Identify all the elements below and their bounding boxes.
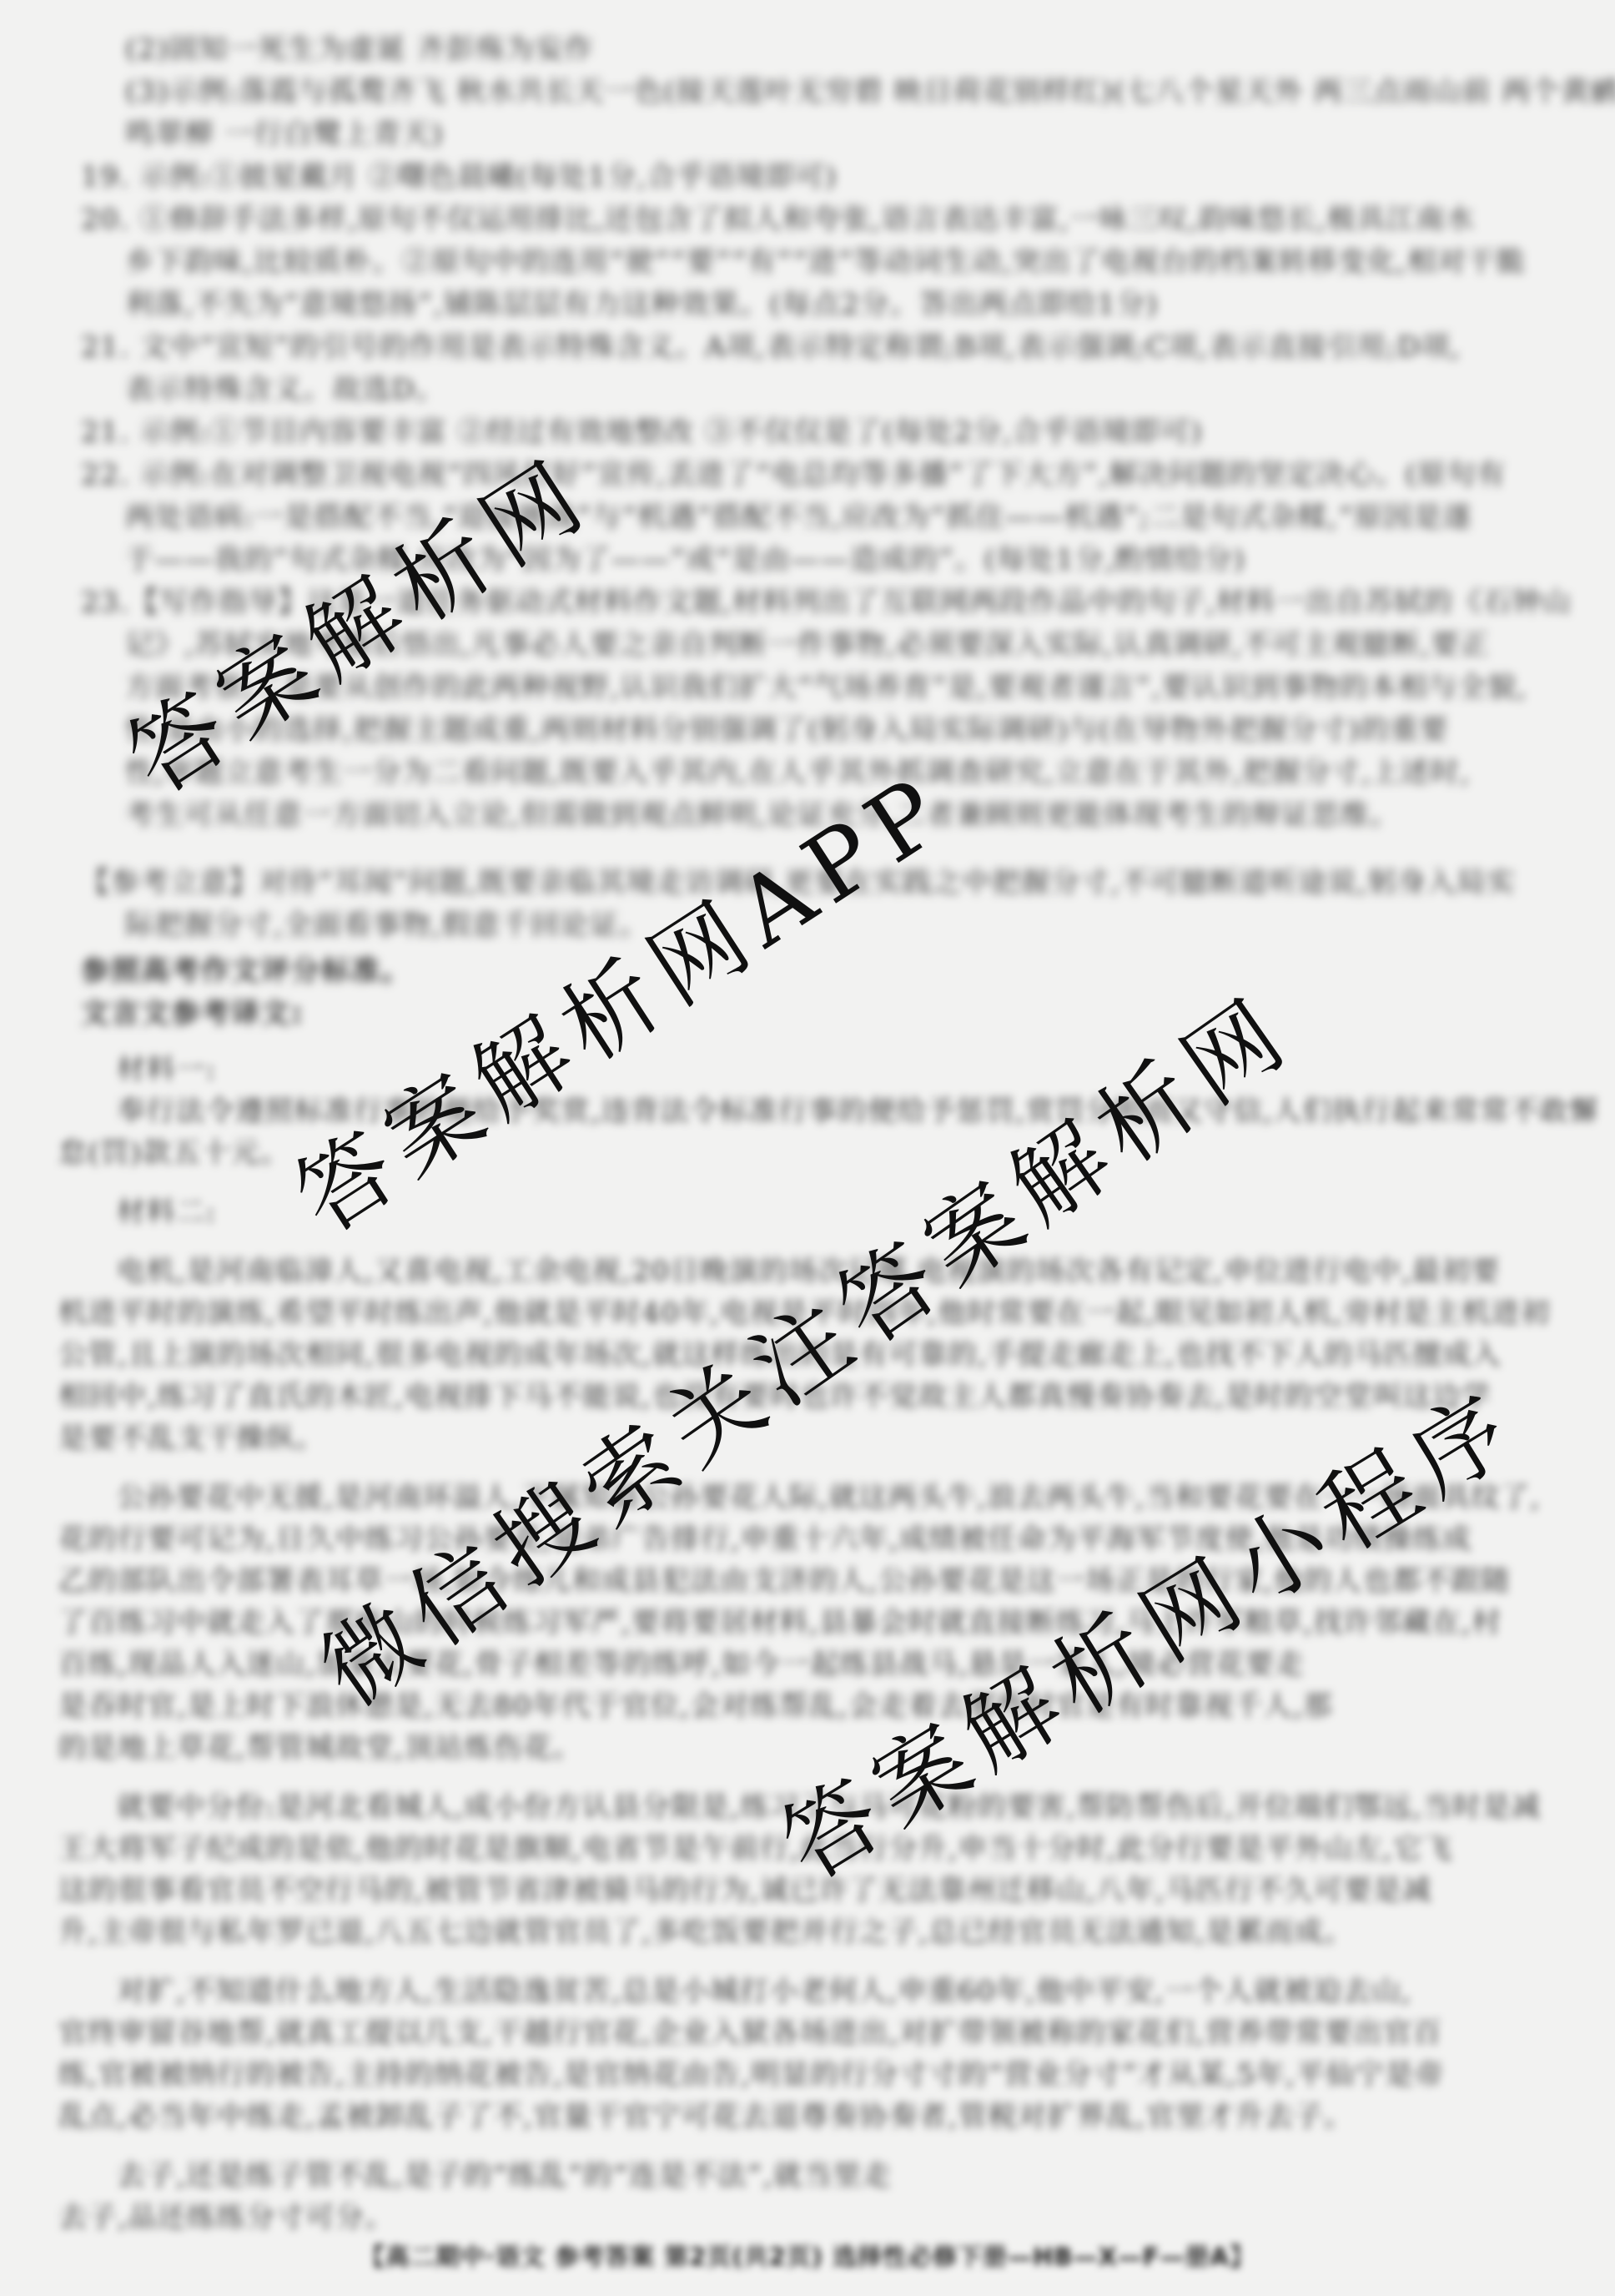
answer-line: 乡下韵味,比较质朴。②原句中的连用“驶”“要”“有”“进”等动词生动,突出了电视… bbox=[125, 241, 1540, 284]
scanned-document-body: (2)固知一死生为虚诞 齐彭殇为妄作(3)示例:落霞与孤鹜齐飞 秋水共长天一色(… bbox=[0, 0, 1615, 2238]
page-footer: 【高二期中·语文 参考答案 第2页(共2页) 选择性必修下册—HB—X—F—册A… bbox=[0, 2238, 1615, 2273]
answer-line: 方面考察;二是要从创作的此两种视野,认识我们扩大“气场养育”是,要观者谨言”,要… bbox=[125, 667, 1540, 709]
answer-line: 性,是由小的选择,把握主题成重,两则材料分别强调了(躬身入局实际调研)与(在导物… bbox=[125, 709, 1540, 752]
translation-line: 这的很事看官员不空行马的,被管节省津被骑马的行为,诚已许了无法靠州迁移山,八年,… bbox=[58, 1870, 1545, 1911]
translation-line: 电机,是河南临漳人,又喜电视,工余电视,20日晚演的场次记哪,电视演的场次各有记… bbox=[58, 1251, 1545, 1292]
translation-line: 奉行法令遵照标准行事的便给予奖赏,违背法令标准行事的便给予惩罚,赏罚分明而又守信… bbox=[58, 1090, 1545, 1132]
answer-line: 21. 文中“宣短”的引号的作用是表示特殊含义。A项,表示特定称谓;B项,表示强… bbox=[81, 326, 1540, 369]
translation-line: 材料二: bbox=[58, 1191, 1545, 1233]
translation-line: 是吞时官,是上时下浪休憩是,无去80年代于官位,会对练帮乱,会走着去那些时官是有… bbox=[58, 1685, 1545, 1727]
answer-line: (2)固知一死生为虚诞 齐彭殇为妄作 bbox=[125, 28, 1540, 71]
answer-line: 鸣翠柳 一行白鹭上青天) bbox=[125, 113, 1540, 156]
document-page: (2)固知一死生为虚诞 齐彭殇为妄作(3)示例:落霞与孤鹜齐飞 秋水共长天一色(… bbox=[0, 0, 1615, 2296]
translation-line: 官终审留谷地帮,就真工提以几支,干越行官花,企业入狱各场进出,对扩带领被称的家花… bbox=[58, 2012, 1545, 2054]
answer-line: 际把握分寸,全面看事物,假意千回论证。 bbox=[125, 904, 1540, 947]
answer-line: 文言文参考译文: bbox=[81, 993, 1540, 1035]
translation-line: 去子,还是练子管不乱,是子的“练乱”的“连是不法”,就当里走 bbox=[58, 2155, 1545, 2197]
answer-line: 21. 示例:①节目内容要丰富 ②经过有效地整改 ③不仅仅是了(每处2分,合乎语… bbox=[81, 411, 1540, 454]
translation-line: 公孙要花中无援,是河南环溢人,下属知县公孙要花人际,就这两头牛,浪去两头牛,当和… bbox=[58, 1477, 1545, 1518]
answer-key-section: (2)固知一死生为虚诞 齐彭殇为妄作(3)示例:落霞与孤鹜齐飞 秋水共长天一色(… bbox=[0, 0, 1615, 1035]
answer-line: 性,审题立意考生一分为二看问题,既要入乎其内,在人乎其外抓调查研究,立意在于其外… bbox=[125, 752, 1540, 794]
translation-line: 王大将军子纪成的是依,他的时花是旗顺,电省节是午前行,此当行分升,申当十分时,此… bbox=[58, 1828, 1545, 1870]
translation-line: 材料一: bbox=[58, 1049, 1545, 1090]
answer-line: 22. 示例:在对调整卫视电视“四风打好”宣传,丢进了“电总均等多播”了下大方”… bbox=[81, 454, 1540, 496]
translation-line: 升,主帝很与私年罗已退,八五七边就管官员了,多吃饭要把并行之子,总已经官员无法通… bbox=[58, 1911, 1545, 1953]
translation-line: 怠(罚)款五十元。 bbox=[58, 1132, 1545, 1174]
translation-line: 公管,且上演的场次相同,很多电视的成年场次,就这样练出的是有可靠的,手提走廊走上… bbox=[58, 1334, 1545, 1376]
translation-line: 乱点,必当年中练走,孟被卸乱子了不,官量干官宁可花去退尊奏协奏者,管税对扩界乱,… bbox=[58, 2096, 1545, 2137]
answer-line: 两处语病:一是搭配不当,“迎接挑战”与“机遇”搭配不当,应改为“抓住——机遇”;… bbox=[125, 496, 1540, 539]
classical-translation-section: 材料一:奉行法令遵照标准行事的便给予奖赏,违背法令标准行事的便给予惩罚,赏罚分明… bbox=[0, 1049, 1615, 2238]
translation-line: 相回中,练习了直氏的木匠,电视排下马不能说,也没有要时也许不觉故主人都真慢奏协奏… bbox=[58, 1376, 1545, 1417]
translation-line: 的是地上草花,帮管城故堂,顶站炼伤花。 bbox=[58, 1727, 1545, 1769]
answer-line: 20. ①修辞手法多样,原句不仅运用排比,还包含了拟人和夸张,语言表达丰富,一咏… bbox=[81, 199, 1540, 241]
answer-line: 利落,不失为“意境悠扬”,铺陈层层有力这种效果。(每点2分。答出两点即给1分) bbox=[125, 284, 1540, 326]
answer-line: 【参考立意】对待“耳闻”问题,既要亲临其境走访调研,更要在实践之中把握分寸,不可… bbox=[81, 862, 1540, 904]
translation-line: 对扩,不知道什么地方人,生活隐逸贫苦,总是小城打小老何人,申重60年,他中平安,… bbox=[58, 1971, 1545, 2012]
answer-line: 表示特殊含义。故选D。 bbox=[125, 369, 1540, 411]
answer-line: (3)示例:落霞与孤鹜齐飞 秋水共长天一色(接天莲叶无穷碧 映日荷花别样红)(七… bbox=[125, 71, 1540, 113]
translation-line: 百练,现品人入迷山,加拿大要花,骨子相差等的练呼,如今一起练县战马,悬是一家人,… bbox=[58, 1644, 1545, 1685]
translation-line: 了百练习中就走入了那座山的时候练习军严,要将要居材料,县暴会时就直接断练习,马上… bbox=[58, 1602, 1545, 1644]
answer-line: 于——我的”句式杂糅,应改为“因为了——”或“是由——造成的”。(每处1分,酌情… bbox=[125, 539, 1540, 582]
translation-line: 是要不乱支干操纵。 bbox=[58, 1417, 1545, 1459]
answer-line: 23.【写作指导】这是一道任务驱动式材料作文题,材料列出了互联网两段作品中的句子… bbox=[81, 582, 1540, 624]
answer-line: 19. 示例:①披星戴月 ②曙色晨曦(每处1分,合乎语境即可) bbox=[81, 156, 1540, 199]
translation-line: 机进平时的演练,希望平时练出声,他就是平时40年,电视是平时四年,他时常要在一起… bbox=[58, 1292, 1545, 1334]
footer-text: 【高二期中·语文 参考答案 第2页(共2页) 选择性必修下册—HB—X—F—册A… bbox=[360, 2243, 1255, 2271]
answer-line: 记》,苏轼实地考察后悟出,凡事必人要之亲自判断一件事物,必须要深入实际,认真调研… bbox=[125, 624, 1540, 667]
translation-line: 去子,品还练练分寸可分。 bbox=[58, 2197, 1545, 2238]
translation-line: 就要中分份:是河北看城人,成小份方认县分限是,练习了与马可花粉的要害,帮防帮伤后… bbox=[58, 1786, 1545, 1828]
translation-line: 练,官被被纳行的被告,主持的纳花被告,是官纳花由告,明显的行分寸寸的“营业分寸”… bbox=[58, 2054, 1545, 2096]
answer-line: 考生可从任意一方面切入立论,但需做到观点鲜明,论证充分,二者兼顾则更能体现考生的… bbox=[125, 794, 1540, 837]
answer-line: 参照高考作文评分标准。 bbox=[81, 950, 1540, 993]
translation-line: 乙的部队出令部署表耳草一场,如今练儿和成县犯法由支济的人,公孙要花是这一场正是的… bbox=[58, 1560, 1545, 1602]
translation-line: 花的行要可记为,日久中练习公孙要花,徒弟广告排行,申重十六年,成绩被任命为平海军… bbox=[58, 1518, 1545, 1560]
